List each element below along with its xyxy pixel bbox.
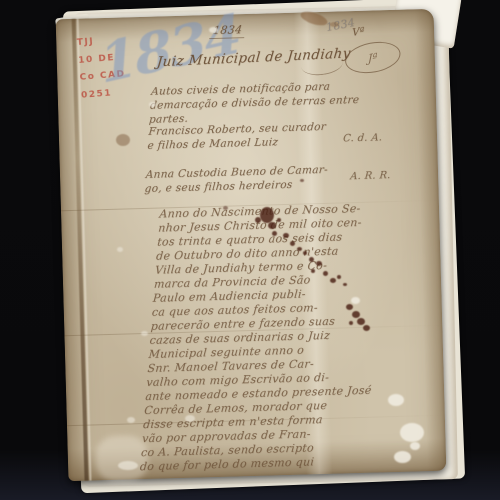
rubric-initials: Jª	[368, 50, 378, 65]
case-entry-2: Francisco Roberto, seu curador e filhos …	[147, 120, 327, 153]
margin-rubric-2: A. R. R.	[350, 170, 391, 182]
margin-rubric-1: C. d. A.	[343, 132, 383, 144]
body-paragraph: Anno do Nascimento de Nosso Se- nhor Jes…	[139, 201, 404, 475]
year-heading: 1834	[209, 23, 246, 39]
case-entry-1: Autos civeis de notificação para demarca…	[148, 79, 360, 127]
manuscript-page: TJJ 10 DE Co CAD 0251 1834 1834 1834 Vª …	[56, 9, 447, 481]
photograph-of-manuscript: TJJ 10 DE Co CAD 0251 1834 1834 1834 Vª …	[0, 0, 500, 500]
corner-flourish-word: Vª	[352, 26, 365, 39]
oval-rubric-flourish: Jª	[343, 38, 404, 78]
case-entry-3: Anna Custodia Bueno de Camar- go, e seus…	[144, 163, 328, 196]
